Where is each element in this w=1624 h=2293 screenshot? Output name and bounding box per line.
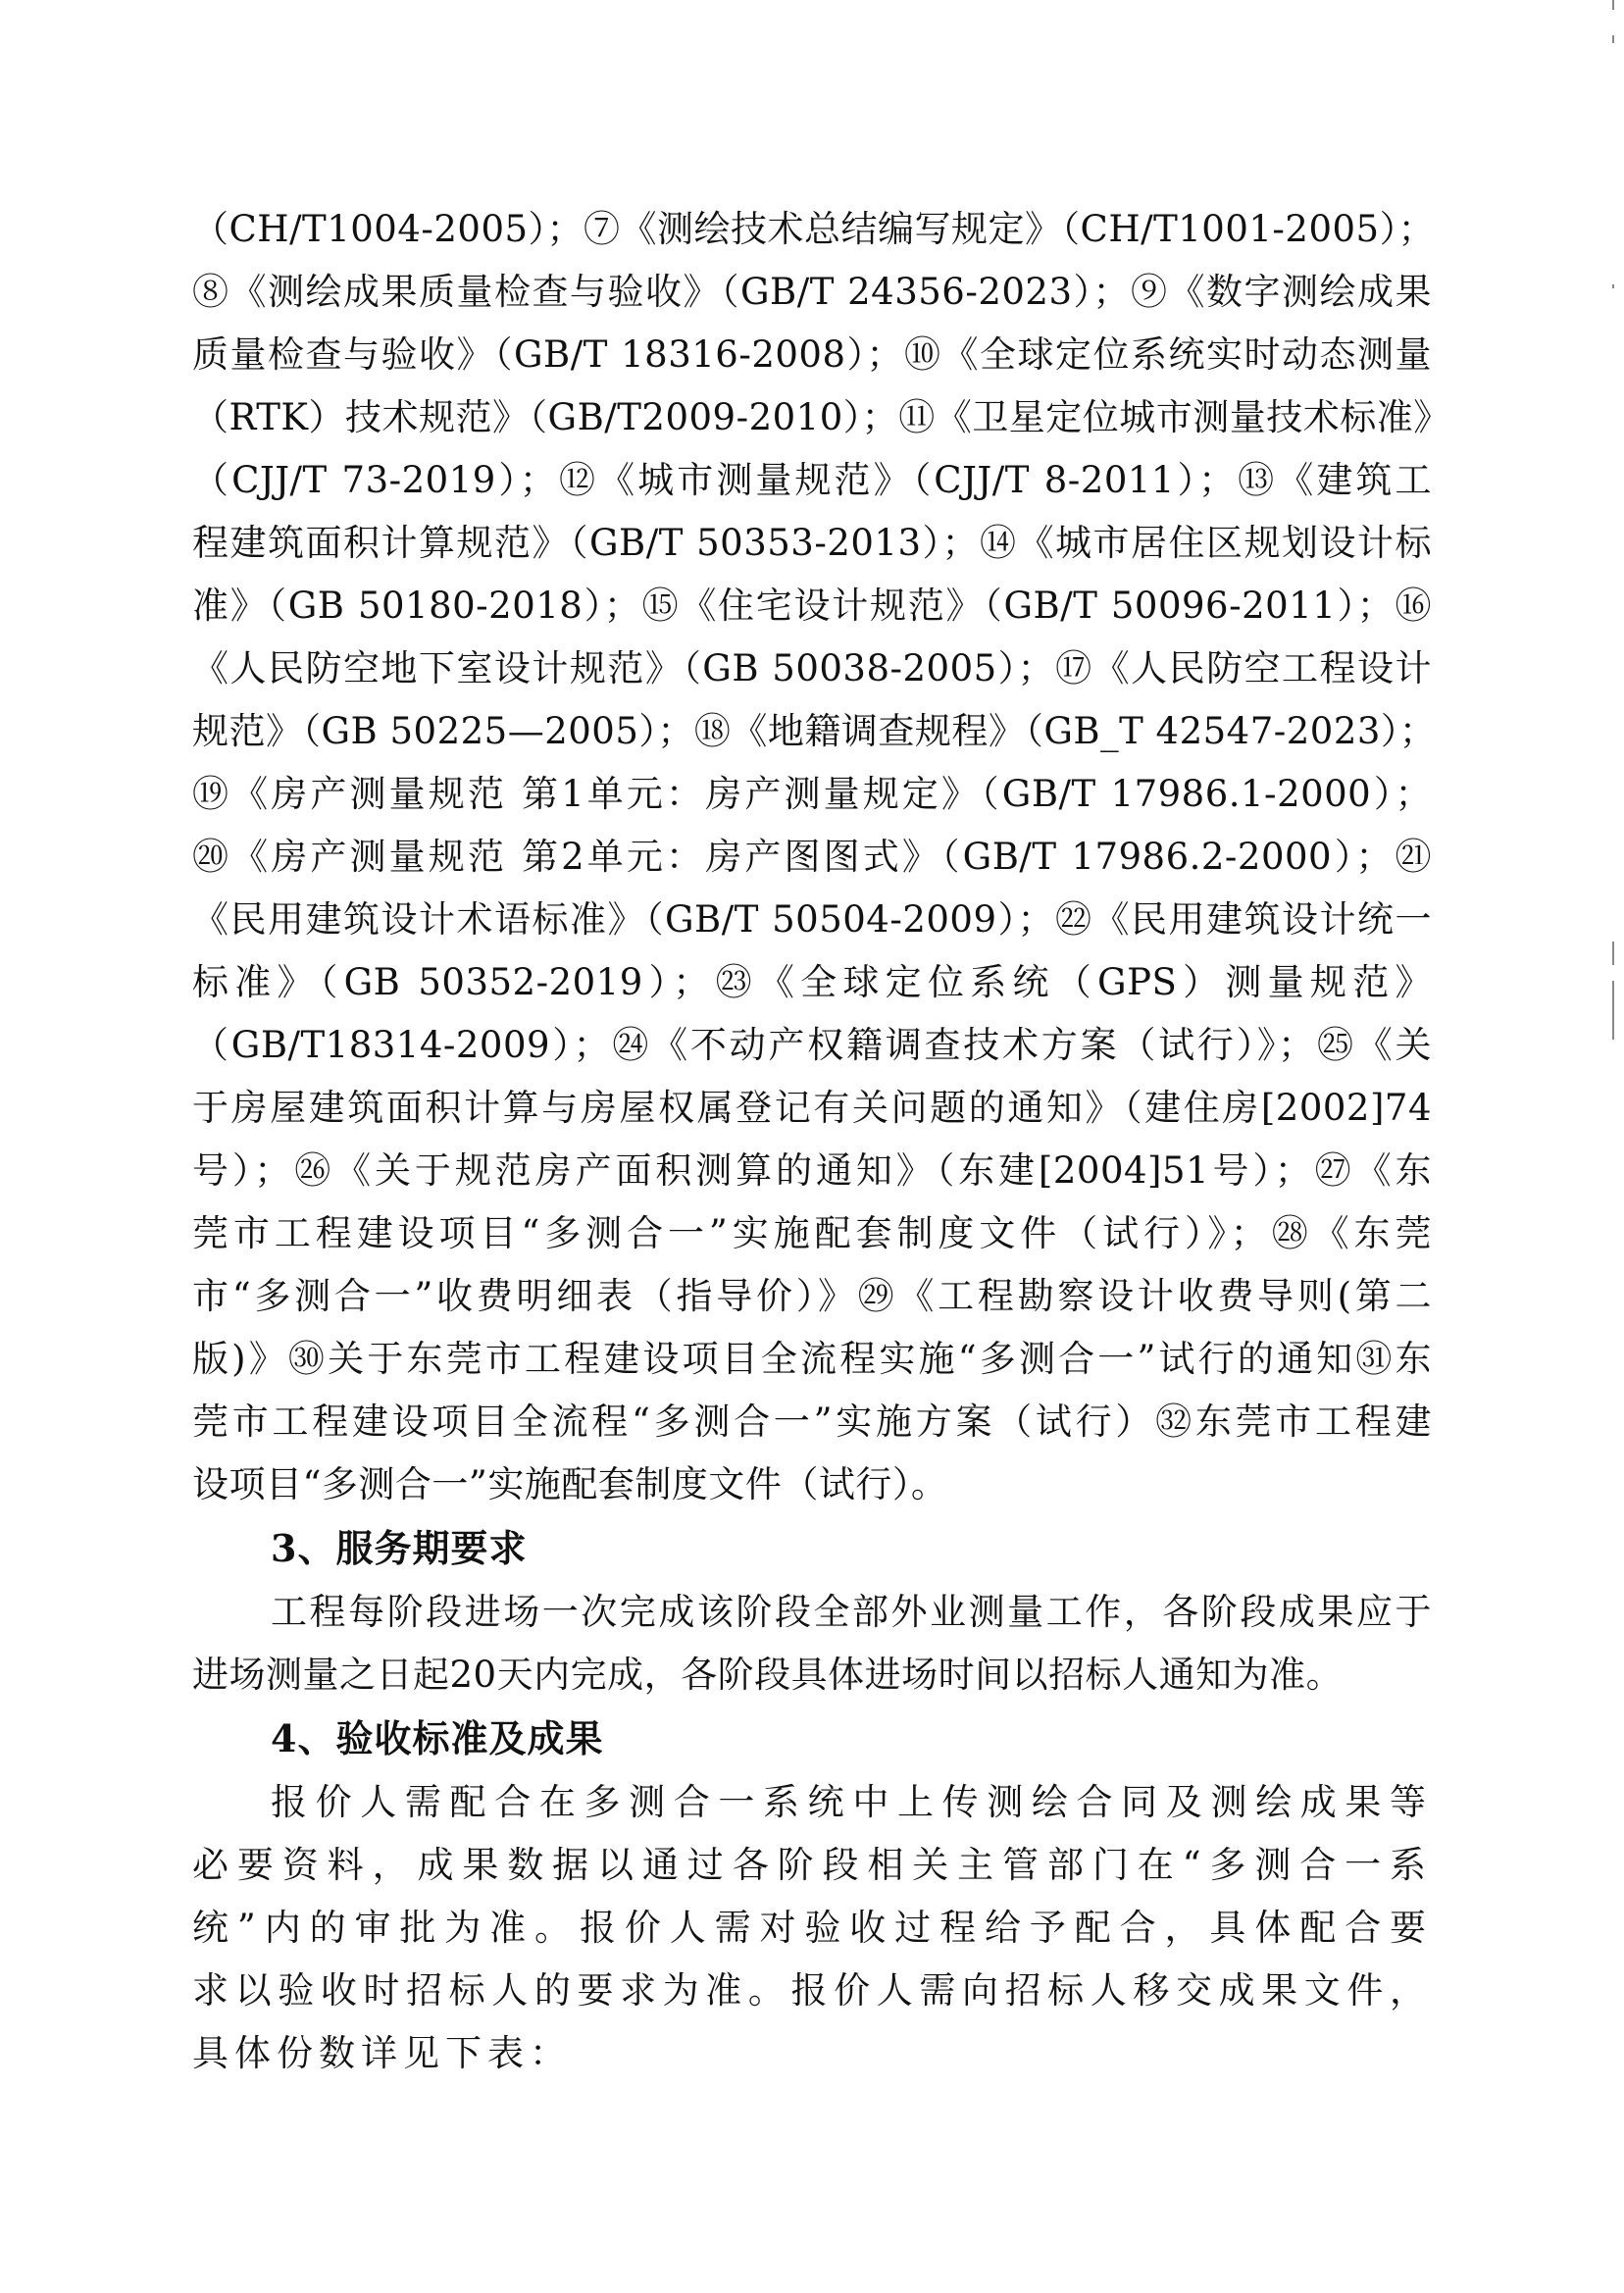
paragraph-line: 求以验收时招标人的要求为准。报价人需向招标人移交成果文件， xyxy=(192,1969,1432,2013)
scan-mark xyxy=(1612,35,1614,43)
paragraph-line: 进场测量之日起20天内完成，各阶段具体进场时间以招标人通知为准。 xyxy=(192,1654,1432,1697)
paragraph-line: 统”内的审批为准。报价人需对验收过程给予配合，具体配合要 xyxy=(192,1907,1432,1950)
paragraph-line: （RTK）技术规范》（GB/T2009-2010）；⑪《卫星定位城市测量技术标准… xyxy=(192,396,1432,439)
paragraph-line: （CJJ/T 73-2019）；⑫《城市测量规范》（CJJ/T 8-2011）；… xyxy=(192,459,1432,502)
paragraph-line: ⑧《测绘成果质量检查与验收》（GB/T 24356-2023）；⑨《数字测绘成果 xyxy=(192,271,1432,314)
paragraph-line: 号）；㉖《关于规范房产面积测算的通知》（东建[2004]51号）；㉗《东 xyxy=(192,1149,1432,1193)
scan-mark xyxy=(1612,981,1614,1040)
paragraph-line: ⑳《房产测量规范 第2单元：房产图图式》（GB/T 17986.2-2000）；… xyxy=(192,836,1432,879)
paragraph-line: （CH/T1004-2005）；⑦《测绘技术总结编写规定》（CH/T1001-2… xyxy=(192,208,1432,251)
paragraph-line: 具体份数详见下表： xyxy=(192,2032,1432,2075)
paragraph-line: 莞市工程建设项目“多测合一”实施配套制度文件（试行）》；㉘《东莞 xyxy=(192,1212,1432,1255)
paragraph-line: ⑲《房产测量规范 第1单元：房产测量规定》（GB/T 17986.1-2000）… xyxy=(192,773,1432,816)
section-heading: 3、服务期要求 xyxy=(271,1526,527,1571)
paragraph-line: 准》（GB 50180-2018）；⑮《住宅设计规范》（GB/T 50096-2… xyxy=(192,585,1432,628)
paragraph-line: 于房屋建筑面积计算与房屋权属登记有关问题的通知》（建住房[2002]74 xyxy=(192,1087,1432,1130)
paragraph-line: 《人民防空地下室设计规范》（GB 50038-2005）；⑰《人民防空工程设计 xyxy=(192,647,1432,690)
paragraph-line: 质量检查与验收》（GB/T 18316-2008）；⑩《全球定位系统实时动态测量 xyxy=(192,333,1432,377)
paragraph-line: 版)》㉚关于东莞市工程建设项目全流程实施“多测合一”试行的通知㉛东 xyxy=(192,1338,1432,1381)
scan-mark xyxy=(1612,942,1614,965)
paragraph-line: （GB/T18314-2009）；㉔《不动产权籍调查技术方案（试行）》；㉕《关 xyxy=(192,1024,1432,1067)
paragraph-line: 标准》（GB 50352-2019）；㉓《全球定位系统（GPS）测量规范》 xyxy=(192,961,1432,1004)
paragraph-line: 设项目“多测合一”实施配套制度文件（试行）。 xyxy=(192,1463,1432,1506)
scan-edge-marks xyxy=(1612,0,1616,2293)
paragraph-line: 工程每阶段进场一次完成该阶段全部外业测量工作，各阶段成果应于 xyxy=(271,1591,1432,1634)
paragraph-line: 规范》（GB 50225—2005）；⑱《地籍调查规程》（GB_T 42547-… xyxy=(192,710,1432,753)
paragraph-line: 《民用建筑设计术语标准》（GB/T 50504-2009）；㉒《民用建筑设计统一 xyxy=(192,898,1432,942)
section-heading: 4、验收标准及成果 xyxy=(271,1716,603,1761)
paragraph-line: 市“多测合一”收费明细表（指导价）》㉙《工程勘察设计收费导则(第二 xyxy=(192,1275,1432,1318)
paragraph-line: 程建筑面积计算规范》（GB/T 50353-2013）；⑭《城市居住区规划设计标 xyxy=(192,522,1432,565)
paragraph-line: 必要资料，成果数据以通过各阶段相关主管部门在“多测合一系 xyxy=(192,1844,1432,1887)
scan-mark xyxy=(1612,284,1614,288)
paragraph-line: 莞市工程建设项目全流程“多测合一”实施方案（试行）㉜东莞市工程建 xyxy=(192,1401,1432,1444)
scan-mark xyxy=(1612,0,1614,10)
paragraph-line: 报价人需配合在多测合一系统中上传测绘合同及测绘成果等 xyxy=(271,1781,1432,1824)
scanned-document-page: （CH/T1004-2005）；⑦《测绘技术总结编写规定》（CH/T1001-2… xyxy=(0,0,1624,2293)
